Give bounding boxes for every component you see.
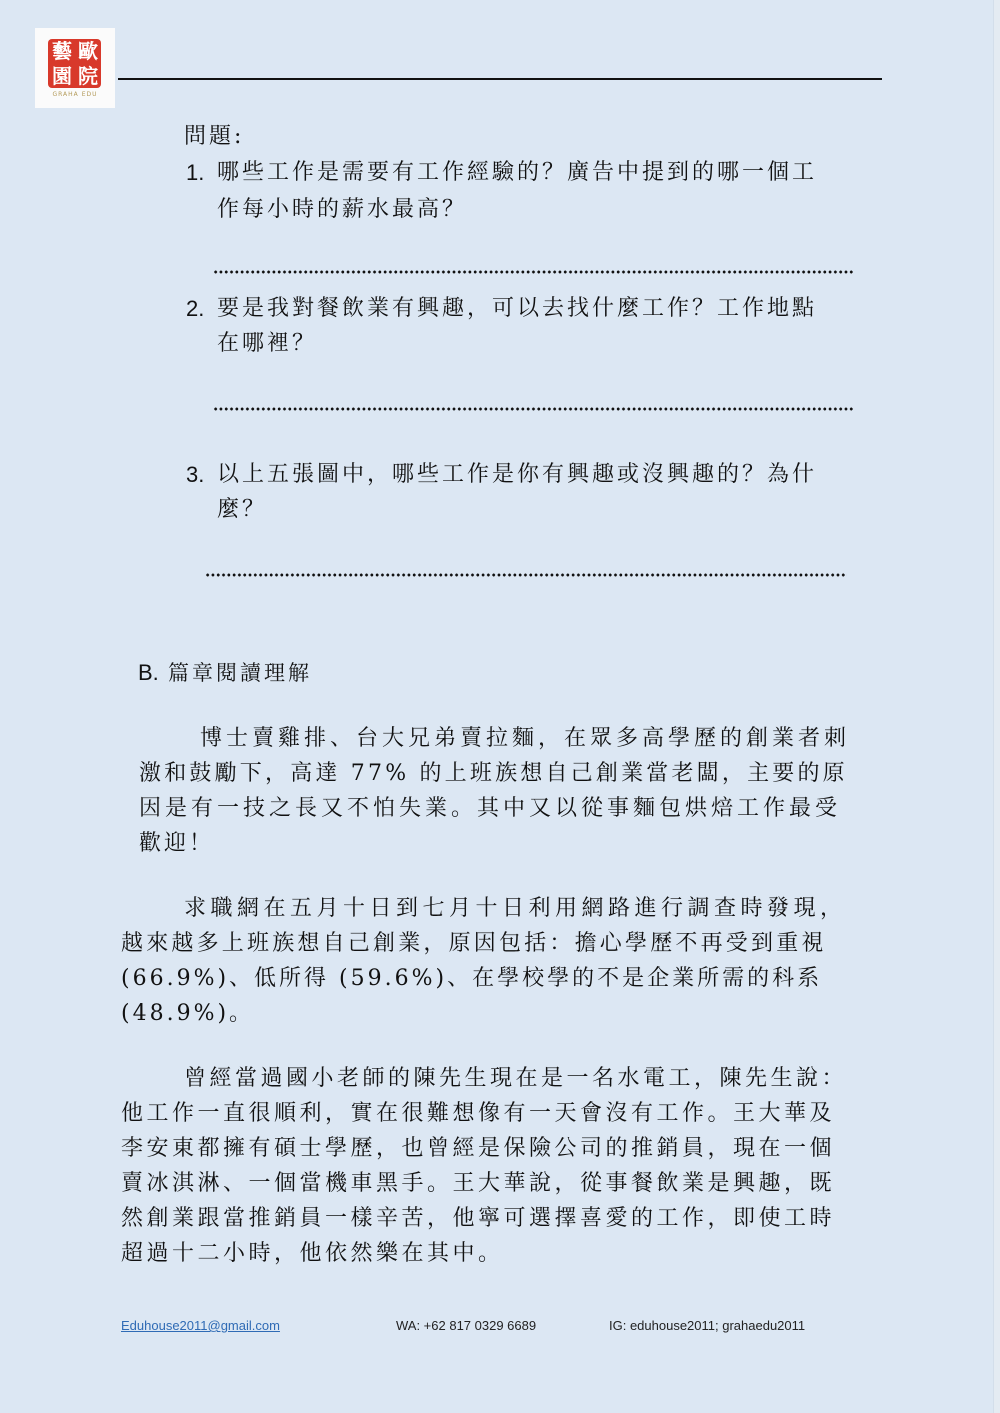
footer-whatsapp: WA: +62 817 0329 6689 xyxy=(396,1318,536,1333)
logo-glyph: 院 xyxy=(75,64,101,88)
footer-email[interactable]: Eduhouse2011@gmail.com xyxy=(121,1318,280,1333)
seal-icon: 藝 歐 園 院 xyxy=(48,39,101,88)
page-edge xyxy=(993,0,1000,1413)
answer-line-3[interactable] xyxy=(205,573,847,577)
answer-line-1[interactable] xyxy=(213,270,853,274)
paragraph-line: 激和鼓勵下，高達 77% 的上班族想自己創業當老闆，主要的原 xyxy=(139,757,848,791)
paragraph-line: 求職網在五月十日到七月十日利用網路進行調查時發現， xyxy=(184,892,847,926)
paragraph-line: 超過十二小時，他依然樂在其中。 xyxy=(121,1237,504,1271)
answer-line-2[interactable] xyxy=(213,407,853,411)
header-divider xyxy=(118,78,882,80)
paragraph-line: (48.9%)。 xyxy=(121,997,254,1031)
paragraph-line: 他工作一直很順利，實在很難想像有一天會沒有工作。王大華及 xyxy=(121,1097,835,1131)
section-b-title: 篇章閱讀理解 xyxy=(168,656,312,690)
question-2-number: 2. xyxy=(186,292,204,326)
question-2-text: 要是我對餐飲業有興趣，可以去找什麼工作？工作地點 xyxy=(217,292,817,326)
paragraph-line: 然創業跟當推銷員一樣辛苦，他寧可選擇喜愛的工作，即使工時 xyxy=(121,1202,835,1236)
paragraph-line: 博士賣雞排、台大兄弟賣拉麵，在眾多高學歷的創業者刺 xyxy=(200,722,850,756)
questions-heading: 問題: xyxy=(184,120,244,154)
question-3-text-cont: 麼？ xyxy=(217,493,267,527)
question-1-text-cont: 作每小時的薪水最高？ xyxy=(217,193,467,227)
paragraph-line: 李安東都擁有碩士學歷，也曾經是保險公司的推銷員，現在一個 xyxy=(121,1132,835,1166)
section-b-label: B. xyxy=(138,656,159,690)
logo-glyph: 園 xyxy=(49,64,75,88)
footer-instagram: IG: eduhouse2011; grahaedu2011 xyxy=(609,1318,805,1333)
logo-glyph: 藝 xyxy=(49,39,75,63)
email-link[interactable]: Eduhouse2011@gmail.com xyxy=(121,1318,280,1333)
question-1-number: 1. xyxy=(186,156,204,190)
graha-edu-logo: 藝 歐 園 院 GRAHA EDU xyxy=(35,28,115,108)
paragraph-line: 歡迎！ xyxy=(139,827,214,861)
question-2-text-cont: 在哪裡？ xyxy=(217,327,317,361)
logo-caption: GRAHA EDU xyxy=(35,91,115,98)
paragraph-line: 曾經當過國小老師的陳先生現在是一名水電工，陳先生說： xyxy=(184,1062,847,1096)
logo-glyph: 歐 xyxy=(75,39,101,63)
question-1-text: 哪些工作是需要有工作經驗的？廣告中提到的哪一個工 xyxy=(217,156,817,190)
question-3-text: 以上五張圖中，哪些工作是你有興趣或沒興趣的？為什 xyxy=(217,458,817,492)
paragraph-line: 越來越多上班族想自己創業，原因包括：擔心學歷不再受到重視 xyxy=(121,927,827,961)
paragraph-line: 賣冰淇淋、一個當機車黑手。王大華說，從事餐飲業是興趣，既 xyxy=(121,1167,835,1201)
paragraph-line: (66.9%)、低所得 (59.6%)、在學校學的不是企業所需的科系 xyxy=(121,962,822,996)
paragraph-line: 因是有一技之長又不怕失業。其中又以從事麵包烘焙工作最受 xyxy=(139,792,841,826)
question-3-number: 3. xyxy=(186,458,204,492)
